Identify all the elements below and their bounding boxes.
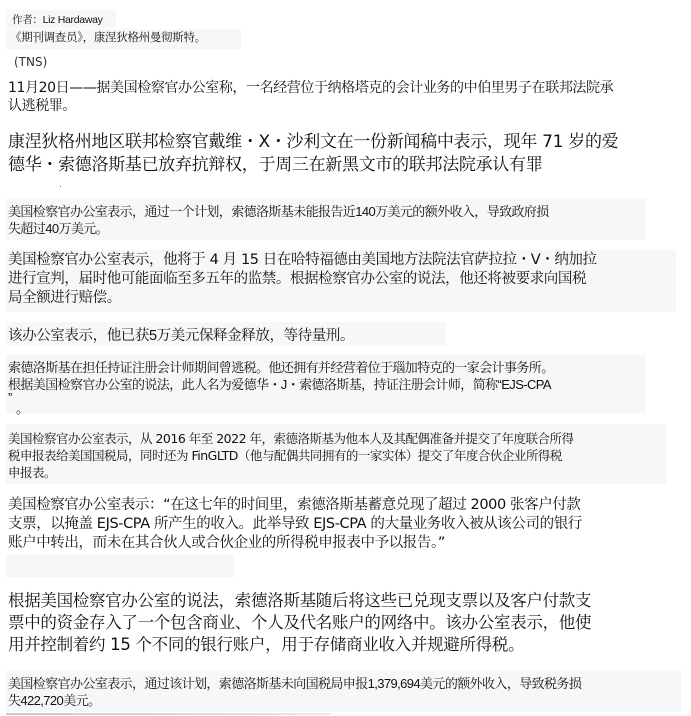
text-line: 税申报表给美国国税局，同时还为 FinGLTD（他与配偶共同拥有的一家实体）提交…	[8, 447, 574, 464]
paragraph-tax-loss: 美国检察官办公室表示，通过该计划，索德洛斯基未向国税局申报1,379,694美元…	[8, 675, 581, 709]
text-line: 康涅狄格州地区联邦检察官戴维・X・沙利文在一份新闻稿中表示，现年 71 岁的爱	[8, 131, 618, 154]
text-line: 美国检察官办公室表示，他将于 4 月 15 日在哈特福德由美国地方法院法官萨拉拉…	[8, 251, 597, 270]
text-line: 。	[8, 403, 554, 415]
bottom-divider	[6, 713, 331, 715]
paragraph-bank-accounts: 根据美国检察官办公室的说法，索德洛斯基随后将这些已兑现支票以及客户付款支 票中的…	[8, 590, 591, 656]
text-line: 认逃税罪。	[8, 97, 613, 115]
lead-paragraph: 11月20日——据美国检察官办公室称，一名经营位于纳格塔克的会计业务的中伯里男子…	[8, 79, 613, 115]
text-line: 美国检察官办公室表示，通过一个计划，索德洛斯基未能报告近140万美元的额外收入，…	[8, 203, 549, 220]
text-line: 美国检察官办公室表示：“在这七年的时间里，索德洛斯基蓄意兑现了超过 2000 张…	[8, 496, 582, 515]
text-line: 支票，以掩盖 EJS-CPA 所产生的收入。此举导致 EJS-CPA 的大量业务…	[8, 515, 582, 534]
text-line: 索德洛斯基在担任持证注册会计师期间曾逃税。他还拥有并经营着位于瑙加特克的一家会计…	[8, 359, 554, 376]
text-line: 账户中转出，而未在其合伙人或合伙企业的所得税申报表中予以报告。”	[8, 534, 582, 553]
text-line: 局全额进行赔偿。	[8, 289, 597, 308]
stray-dot	[60, 186, 61, 187]
paragraph-quote: 美国检察官办公室表示：“在这七年的时间里，索德洛斯基蓄意兑现了超过 2000 张…	[8, 496, 582, 553]
shade-block	[6, 555, 234, 577]
text-line: 德华・索德洛斯基已放弃抗辩权，于周三在新黑文市的联邦法院承认有罪	[8, 154, 618, 177]
text-line: 进行宣判，届时他可能面临至多五年的监禁。根据检察官办公室的说法，他还将被要求向国…	[8, 270, 597, 289]
text-line: ”	[8, 393, 554, 403]
text-line: 失422,720美元。	[8, 692, 581, 709]
paragraph-unreported-income: 美国检察官办公室表示，通过一个计划，索德洛斯基未能报告近140万美元的额外收入，…	[8, 203, 549, 237]
text-line: 根据美国检察官办公室的说法，索德洛斯基随后将这些已兑现支票以及客户付款支	[8, 590, 591, 612]
text-line: 11月20日——据美国检察官办公室称，一名经营位于纳格塔克的会计业务的中伯里男子…	[8, 79, 613, 97]
paragraph-sentencing: 美国检察官办公室表示，他将于 4 月 15 日在哈特福德由美国地方法院法官萨拉拉…	[8, 251, 597, 308]
text-line: 根据美国检察官办公室的说法，此人名为爱德华・J・索德洛斯基，持证注册会计师，简称…	[8, 376, 554, 393]
text-line: 用并控制着约 15 个不同的银行账户，用于存储商业收入并规避所得税。	[8, 634, 591, 656]
byline: 作者：Liz Hardaway	[12, 13, 103, 27]
text-line: 该办公室表示，他已获5万美元保释金释放，等待量刑。	[8, 327, 354, 346]
headline-paragraph: 康涅狄格州地区联邦检察官戴维・X・沙利文在一份新闻稿中表示，现年 71 岁的爱 …	[8, 131, 618, 177]
text-line: 票中的资金存入了一个包含商业、个人及代名账户的网络中。该办公室表示，他使	[8, 612, 591, 634]
text-line: 美国检察官办公室表示，从 2016 年至 2022 年，索德洛斯基为他本人及其配…	[8, 430, 574, 447]
paragraph-tax-returns: 美国检察官办公室表示，从 2016 年至 2022 年，索德洛斯基为他本人及其配…	[8, 430, 574, 481]
text-line: 申报表。	[8, 464, 574, 481]
paragraph-cpa-firm: 索德洛斯基在担任持证注册会计师期间曾逃税。他还拥有并经营着位于瑙加特克的一家会计…	[8, 359, 554, 415]
text-line: 失超过40万美元。	[8, 220, 549, 237]
source-tag: (TNS)	[14, 54, 47, 70]
text-line: 美国检察官办公室表示，通过该计划，索德洛斯基未向国税局申报1,379,694美元…	[8, 675, 581, 692]
paragraph-bail: 该办公室表示，他已获5万美元保释金释放，等待量刑。	[8, 327, 354, 346]
publication-line: 《期刊调查员》，康涅狄格州曼彻斯特。	[10, 30, 206, 46]
